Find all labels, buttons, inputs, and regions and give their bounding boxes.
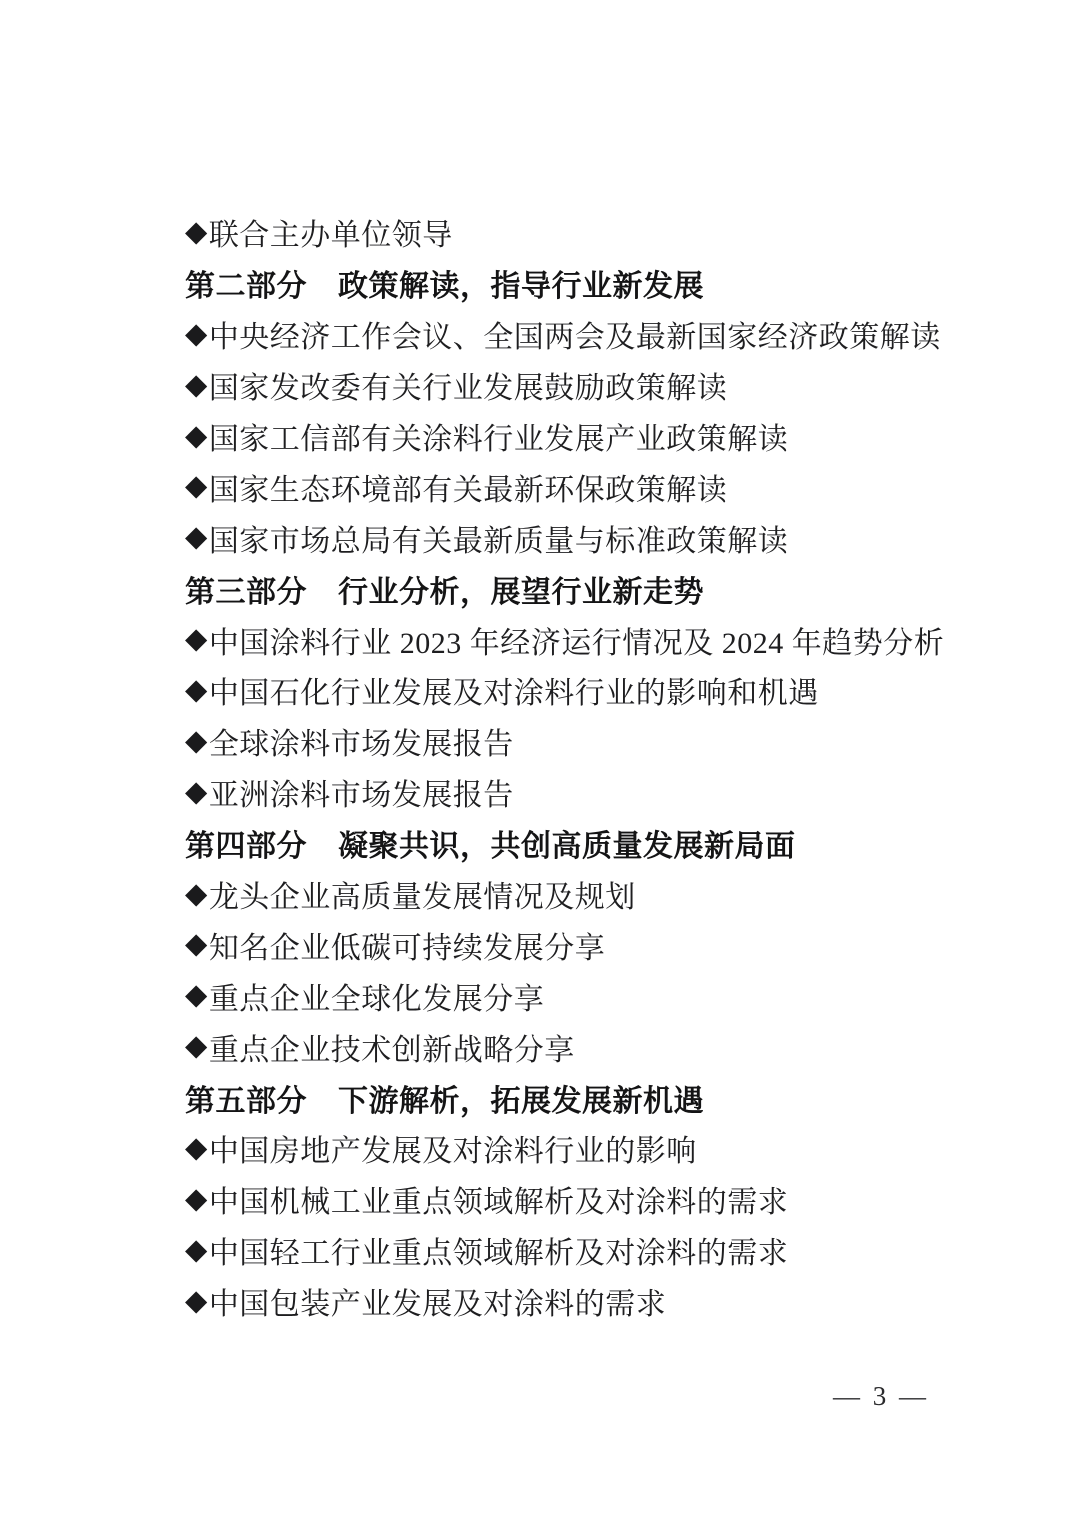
agenda-item: ◆中央经济工作会议、全国两会及最新国家经济政策解读 [185,309,975,360]
agenda-item: ◆全球涂料市场发展报告 [185,716,975,767]
agenda-item-text: 中国石化行业发展及对涂料行业的影响和机遇 [209,668,819,712]
section-heading: 第五部分下游解析，拓展发展新机遇 [185,1072,975,1123]
agenda-item: ◆中国房地产发展及对涂料行业的影响 [185,1123,975,1174]
agenda-item-text: 国家市场总局有关最新质量与标准政策解读 [209,516,789,560]
document-page: ◆联合主办单位领导 第二部分政策解读，指导行业新发展 ◆中央经济工作会议、全国两… [0,0,1080,1527]
agenda-item: ◆国家发改委有关行业发展鼓励政策解读 [185,360,975,411]
agenda-item: ◆中国石化行业发展及对涂料行业的影响和机遇 [185,665,975,716]
section-heading: 第三部分行业分析，展望行业新走势 [185,563,975,614]
section-heading: 第四部分凝聚共识，共创高质量发展新局面 [185,818,975,869]
section-part-label: 第二部分 [185,261,307,305]
agenda-item-text: 中央经济工作会议、全国两会及最新国家经济政策解读 [209,312,941,356]
diamond-bullet-icon: ◆ [185,320,208,349]
agenda-item: ◆知名企业低碳可持续发展分享 [185,919,975,970]
agenda-item-text: 国家发改委有关行业发展鼓励政策解读 [209,363,728,407]
agenda-item: ◆中国机械工业重点领域解析及对涂料的需求 [185,1174,975,1225]
agenda-item: ◆国家生态环境部有关最新环保政策解读 [185,461,975,512]
agenda-item-text: 中国房地产发展及对涂料行业的影响 [209,1126,697,1170]
page-number: — 3 — [833,1381,929,1412]
agenda-item: ◆重点企业全球化发展分享 [185,970,975,1021]
diamond-bullet-icon: ◆ [185,676,208,705]
agenda-item: ◆联合主办单位领导 [185,207,975,258]
agenda-item-text: 国家生态环境部有关最新环保政策解读 [209,465,728,509]
diamond-bullet-icon: ◆ [185,1032,208,1061]
section-heading: 第二部分政策解读，指导行业新发展 [185,258,975,309]
agenda-item-text: 国家工信部有关涂料行业发展产业政策解读 [209,414,789,458]
diamond-bullet-icon: ◆ [185,1287,208,1316]
agenda-item: ◆中国涂料行业 2023 年经济运行情况及 2024 年趋势分析 [185,614,975,665]
agenda-item: ◆重点企业技术创新战略分享 [185,1021,975,1072]
agenda-item-text: 知名企业低碳可持续发展分享 [209,923,606,967]
diamond-bullet-icon: ◆ [185,1185,208,1214]
section-part-label: 第四部分 [185,821,307,865]
section-title: 行业分析，展望行业新走势 [338,567,704,611]
diamond-bullet-icon: ◆ [185,371,208,400]
agenda-item: ◆亚洲涂料市场发展报告 [185,767,975,818]
agenda-item-text: 重点企业全球化发展分享 [209,974,545,1018]
diamond-bullet-icon: ◆ [185,1134,208,1163]
agenda-item-text: 中国涂料行业 2023 年经济运行情况及 2024 年趋势分析 [209,618,945,662]
section-title: 政策解读，指导行业新发展 [338,261,704,305]
agenda-list: ◆联合主办单位领导 第二部分政策解读，指导行业新发展 ◆中央经济工作会议、全国两… [185,207,975,1327]
diamond-bullet-icon: ◆ [185,422,208,451]
section-part-label: 第三部分 [185,567,307,611]
agenda-item: ◆国家市场总局有关最新质量与标准政策解读 [185,512,975,563]
agenda-item-text: 龙头企业高质量发展情况及规划 [209,872,636,916]
agenda-item-text: 亚洲涂料市场发展报告 [209,770,514,814]
section-title: 凝聚共识，共创高质量发展新局面 [338,821,796,865]
diamond-bullet-icon: ◆ [185,218,208,247]
diamond-bullet-icon: ◆ [185,778,208,807]
agenda-item-text: 全球涂料市场发展报告 [209,719,514,763]
agenda-item-text: 重点企业技术创新战略分享 [209,1025,575,1069]
diamond-bullet-icon: ◆ [185,1236,208,1265]
agenda-item: ◆龙头企业高质量发展情况及规划 [185,869,975,920]
diamond-bullet-icon: ◆ [185,472,208,501]
diamond-bullet-icon: ◆ [185,625,208,654]
section-part-label: 第五部分 [185,1076,307,1120]
diamond-bullet-icon: ◆ [185,930,208,959]
agenda-item: ◆中国包装产业发展及对涂料的需求 [185,1276,975,1327]
agenda-item-text: 中国包装产业发展及对涂料的需求 [209,1279,667,1323]
diamond-bullet-icon: ◆ [185,880,208,909]
diamond-bullet-icon: ◆ [185,727,208,756]
agenda-item-text: 中国机械工业重点领域解析及对涂料的需求 [209,1177,789,1221]
agenda-item-text: 中国轻工行业重点领域解析及对涂料的需求 [209,1228,789,1272]
agenda-item-text: 联合主办单位领导 [209,210,453,254]
agenda-item: ◆中国轻工行业重点领域解析及对涂料的需求 [185,1225,975,1276]
diamond-bullet-icon: ◆ [185,981,208,1010]
agenda-item: ◆国家工信部有关涂料行业发展产业政策解读 [185,411,975,462]
diamond-bullet-icon: ◆ [185,523,208,552]
section-title: 下游解析，拓展发展新机遇 [338,1076,704,1120]
